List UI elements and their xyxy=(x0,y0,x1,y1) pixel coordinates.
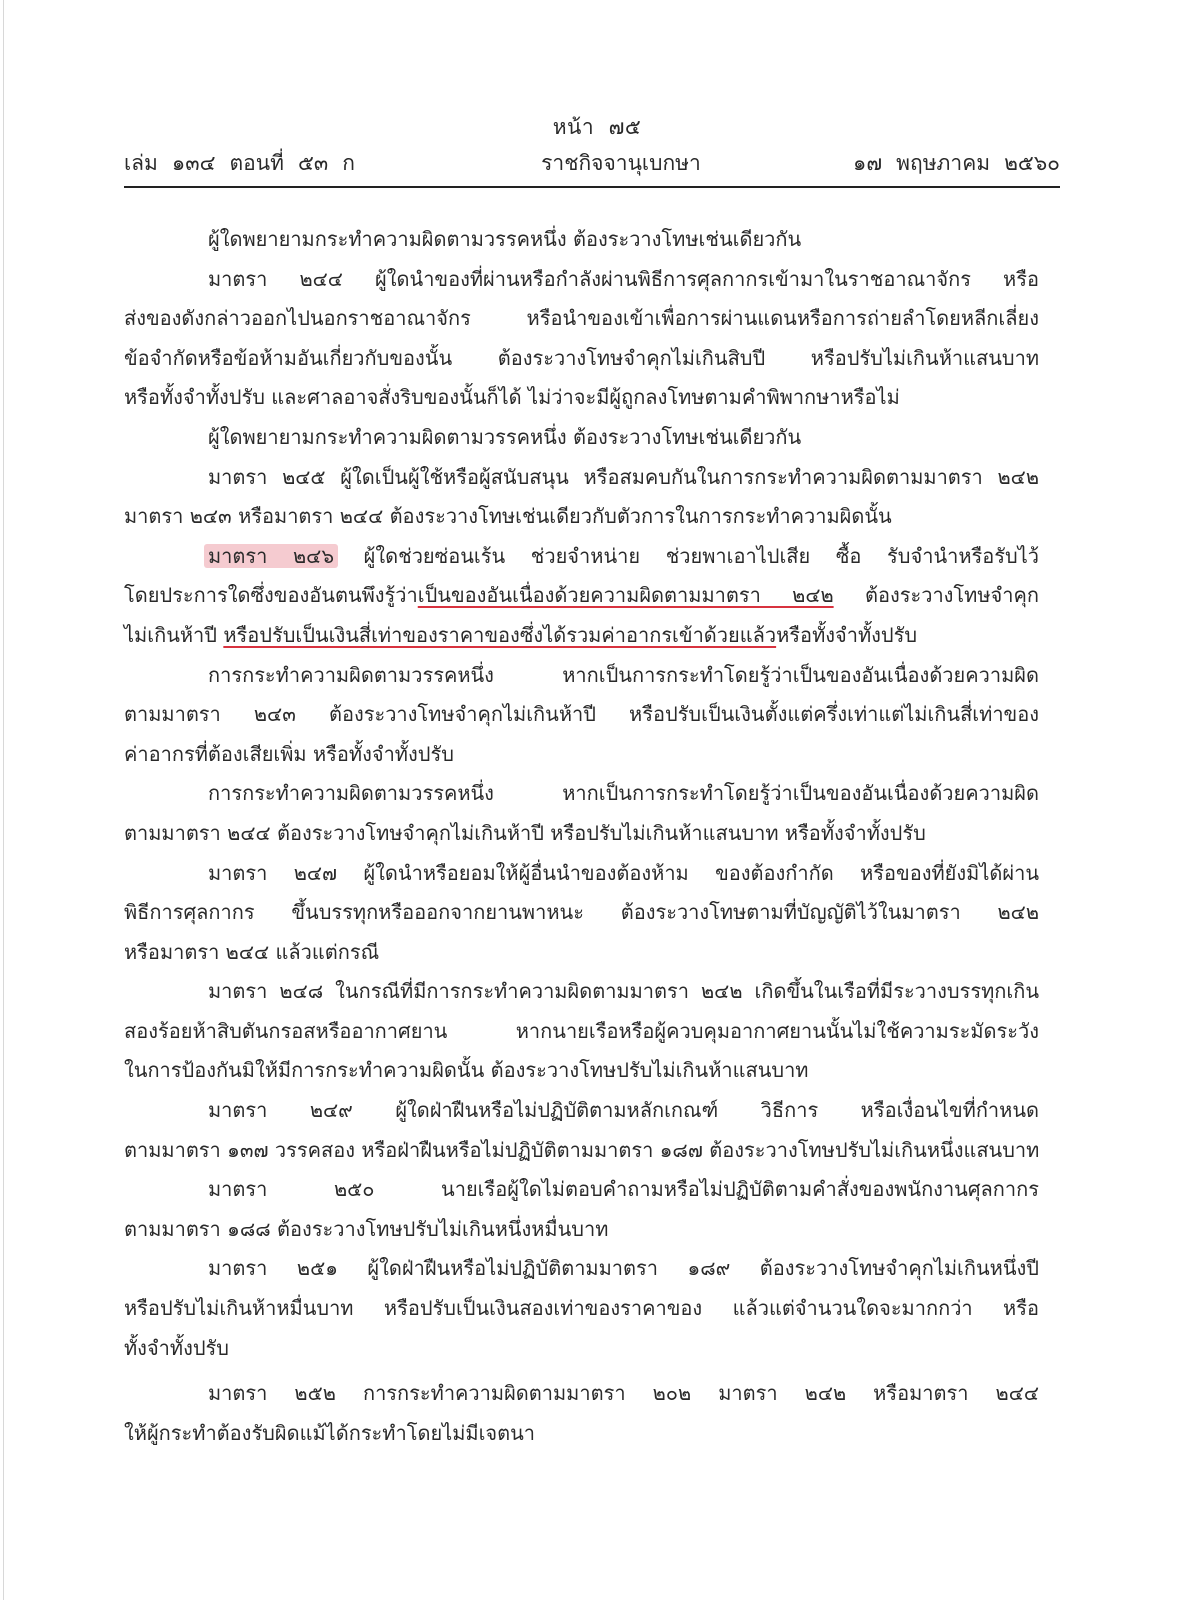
page-edge xyxy=(3,0,4,1600)
header-rule xyxy=(124,186,1060,188)
issue-section: ก xyxy=(342,151,355,175)
text-line: ผู้ใดพยายามกระทำความผิดตามวรรคหนึ่ง ต้อง… xyxy=(124,220,1039,260)
date-month: พฤษภาคม xyxy=(896,151,990,175)
section-252-line: มาตรา ๒๕๒ การกระทำความผิดตามมาตรา ๒๐๒ มา… xyxy=(124,1374,1039,1414)
publication-title: ราชกิจจานุเบกษา xyxy=(541,146,701,180)
publication-date: ๑๗พฤษภาคม๒๕๖๐ xyxy=(853,146,1060,180)
section-247-line: มาตรา ๒๔๗ ผู้ใดนำหรือยอมให้ผู้อื่นนำของต… xyxy=(124,854,1039,894)
text-span: ไม่เกินห้าปี xyxy=(124,623,223,647)
section-245-line: มาตรา ๒๔๕ ผู้ใดเป็นผู้ใช้หรือผู้สนับสนุน… xyxy=(124,458,1039,498)
text-span: โดยประการใดซึ่งของอันตนพึงรู้ว่า xyxy=(124,583,418,607)
text-line: โดยประการใดซึ่งของอันตนพึงรู้ว่าเป็นของอ… xyxy=(124,576,1039,616)
text-line: ตามมาตรา ๑๘๘ ต้องระวางโทษปรับไม่เกินหนึ่… xyxy=(124,1210,1039,1250)
text-span: หรือทั้งจำทั้งปรับ xyxy=(776,623,917,647)
text-line: ให้ผู้กระทำต้องรับผิดแม้ได้กระทำโดยไม่มี… xyxy=(124,1414,1039,1454)
section-244-line: มาตรา ๒๔๔ ผู้ใดนำของที่ผ่านหรือกำลังผ่าน… xyxy=(124,260,1039,300)
text-line: ตามมาตรา ๒๔๔ ต้องระวางโทษจำคุกไม่เกินห้า… xyxy=(124,814,1039,854)
underlined-text: เป็นของอันเนื่องด้วยความผิดตามมาตรา ๒๔๒ xyxy=(418,583,834,607)
text-line: การกระทำความผิดตามวรรคหนึ่ง หากเป็นการกร… xyxy=(124,656,1039,696)
volume-number: ๑๓๔ xyxy=(172,151,216,175)
page-number: หน้า ๗๕ xyxy=(134,112,1060,142)
date-year: ๒๕๖๐ xyxy=(1004,151,1060,175)
text-line: ทั้งจำทั้งปรับ xyxy=(124,1329,1039,1369)
highlighted-section-246: มาตรา ๒๔๖ xyxy=(204,544,338,568)
text-line: ตามมาตรา ๑๓๗ วรรคสอง หรือฝ่าฝืนหรือไม่ปฏ… xyxy=(124,1131,1039,1171)
header-row: เล่ม๑๓๔ตอนที่๕๓ก ราชกิจจานุเบกษา ๑๗พฤษภา… xyxy=(124,146,1060,180)
text-span: ผู้ใดช่วยซ่อนเร้น ช่วยจำหน่าย ช่วยพาเอาไ… xyxy=(338,544,1039,568)
text-line: หรือปรับไม่เกินห้าหมื่นบาท หรือปรับเป็นเ… xyxy=(124,1289,1039,1329)
text-line: พิธีการศุลกากร ขึ้นบรรทุกหรือออกจากยานพา… xyxy=(124,893,1039,933)
underlined-text: หรือปรับเป็นเงินสี่เท่าของราคาของซึ่งได้… xyxy=(223,623,776,647)
text-line: หรือทั้งจำทั้งปรับ และศาลอาจสั่งริบของนั… xyxy=(124,378,1039,418)
page-label: หน้า xyxy=(553,115,595,139)
text-line: ข้อจำกัดหรือข้อห้ามอันเกี่ยวกับของนั้น ต… xyxy=(124,339,1039,379)
text-line: ผู้ใดพยายามกระทำความผิดตามวรรคหนึ่ง ต้อง… xyxy=(124,418,1039,458)
text-span: ต้องระวางโทษจำคุก xyxy=(834,583,1039,607)
section-249-line: มาตรา ๒๔๙ ผู้ใดฝ่าฝืนหรือไม่ปฏิบัติตามหล… xyxy=(124,1091,1039,1131)
text-line: ส่งของดังกล่าวออกไปนอกราชอาณาจักร หรือนำ… xyxy=(124,299,1039,339)
issue-label: ตอนที่ xyxy=(229,151,283,175)
text-line: สองร้อยห้าสิบตันกรอสหรืออากาศยาน หากนายเ… xyxy=(124,1012,1039,1052)
text-line: มาตรา ๒๔๓ หรือมาตรา ๒๔๔ ต้องระวางโทษเช่น… xyxy=(124,497,1039,537)
section-246-line: มาตรา ๒๔๖ ผู้ใดช่วยซ่อนเร้น ช่วยจำหน่าย … xyxy=(124,537,1039,577)
section-251-line: มาตรา ๒๕๑ ผู้ใดฝ่าฝืนหรือไม่ปฏิบัติตามมา… xyxy=(124,1249,1039,1289)
section-250-line: มาตรา ๒๕๐ นายเรือผู้ใดไม่ตอบคำถามหรือไม่… xyxy=(124,1170,1039,1210)
volume-issue: เล่ม๑๓๔ตอนที่๕๓ก xyxy=(124,146,369,180)
gazette-header: หน้า ๗๕ เล่ม๑๓๔ตอนที่๕๓ก ราชกิจจานุเบกษา… xyxy=(124,112,1060,188)
text-line: ไม่เกินห้าปี หรือปรับเป็นเงินสี่เท่าของร… xyxy=(124,616,1039,656)
document-body: ผู้ใดพยายามกระทำความผิดตามวรรคหนึ่ง ต้อง… xyxy=(124,220,1039,1453)
text-line: หรือมาตรา ๒๔๔ แล้วแต่กรณี xyxy=(124,933,1039,973)
section-248-line: มาตรา ๒๔๘ ในกรณีที่มีการกระทำความผิดตามม… xyxy=(124,972,1039,1012)
text-line: ค่าอากรที่ต้องเสียเพิ่ม หรือทั้งจำทั้งปร… xyxy=(124,735,1039,775)
issue-number: ๕๓ xyxy=(298,151,328,175)
volume-label: เล่ม xyxy=(124,151,158,175)
text-line: ในการป้องกันมิให้มีการกระทำความผิดนั้น ต… xyxy=(124,1051,1039,1091)
page-number-value: ๗๕ xyxy=(609,115,642,139)
text-line: การกระทำความผิดตามวรรคหนึ่ง หากเป็นการกร… xyxy=(124,774,1039,814)
date-day: ๑๗ xyxy=(853,151,882,175)
text-line: ตามมาตรา ๒๔๓ ต้องระวางโทษจำคุกไม่เกินห้า… xyxy=(124,695,1039,735)
